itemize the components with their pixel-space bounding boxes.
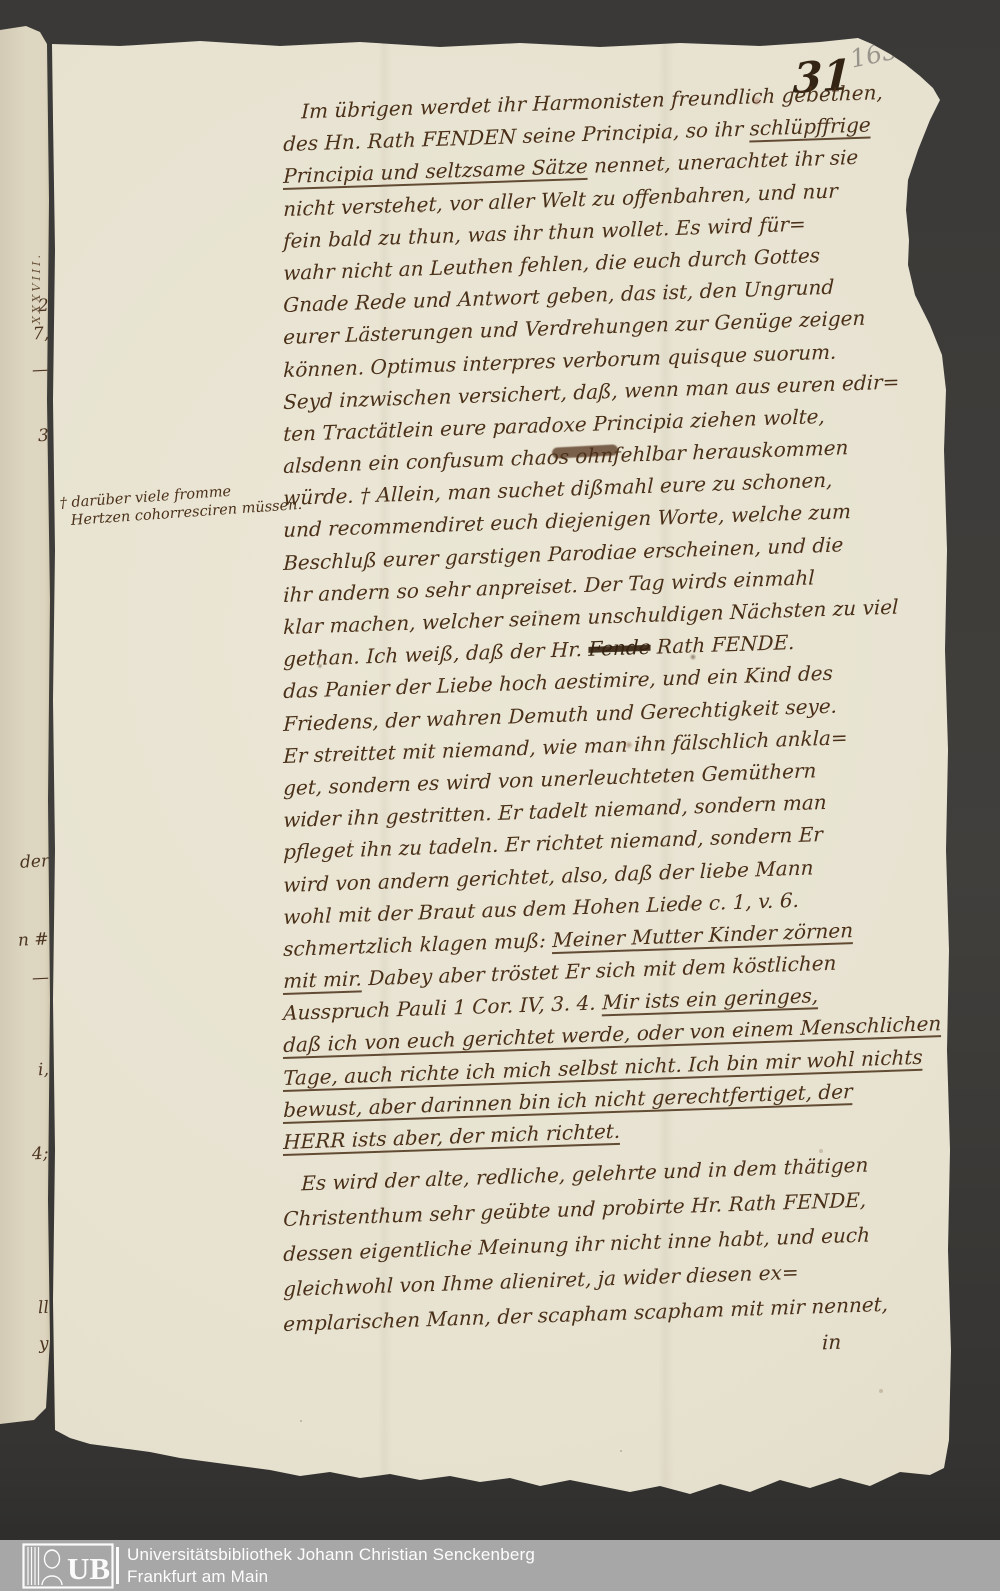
ub-logo: UB [22, 1543, 114, 1589]
previous-page-fragment: — [31, 968, 49, 989]
manuscript-page: 163 31 † darüber viele fromme Hertzen co… [0, 0, 1000, 1591]
previous-page-fragment: 7, [32, 324, 49, 345]
library-banner: UB Universitätsbibliothek Johann Christi… [0, 1540, 1000, 1591]
paper-speckles [0, 0, 2, 2]
scan-viewport: 27,—3dern #—i,4;lly XXXVIII. 163 31 † da… [0, 0, 1000, 1591]
previous-page-fragment: n # [18, 929, 50, 951]
previous-page-fragment: der [19, 851, 49, 872]
logo-separator [116, 1547, 119, 1584]
senckenberg-portrait-icon [42, 1550, 62, 1585]
manuscript-paragraph: Im übrigen werdet ihr Harmonisten freund… [283, 96, 983, 1158]
library-name-line1: Universitätsbibliothek Johann Christian … [127, 1544, 535, 1566]
previous-page-edge: 27,—3dern #—i,4;lly XXXVIII. [0, 24, 58, 1426]
library-name-line2: Frankfurt am Main [127, 1566, 535, 1588]
previous-page-fragment: y [39, 1334, 50, 1354]
gutter-quire-mark: XXXVIII. [30, 252, 43, 324]
margin-annotation: † darüber viele fromme Hertzen cohorresc… [59, 477, 311, 530]
catchword: in [822, 1330, 842, 1355]
previous-page-fragment: i, [38, 1060, 50, 1081]
previous-page-fragment: — [31, 360, 49, 381]
manuscript-paragraph: Es wird der alte, redliche, gelehrte und… [283, 1167, 983, 1342]
previous-page-fragment: 3 [38, 426, 50, 447]
previous-page-fragment: 4; [32, 1144, 50, 1165]
library-name: Universitätsbibliothek Johann Christian … [127, 1544, 535, 1587]
ub-logo-text: UB [67, 1551, 110, 1586]
folio-number-pencil: 163 [848, 35, 901, 73]
manuscript-text: Im übrigen werdet ihr Harmonisten freund… [283, 96, 983, 1342]
previous-page-fragment: ll [38, 1298, 50, 1319]
book-spines-icon [28, 1547, 39, 1585]
